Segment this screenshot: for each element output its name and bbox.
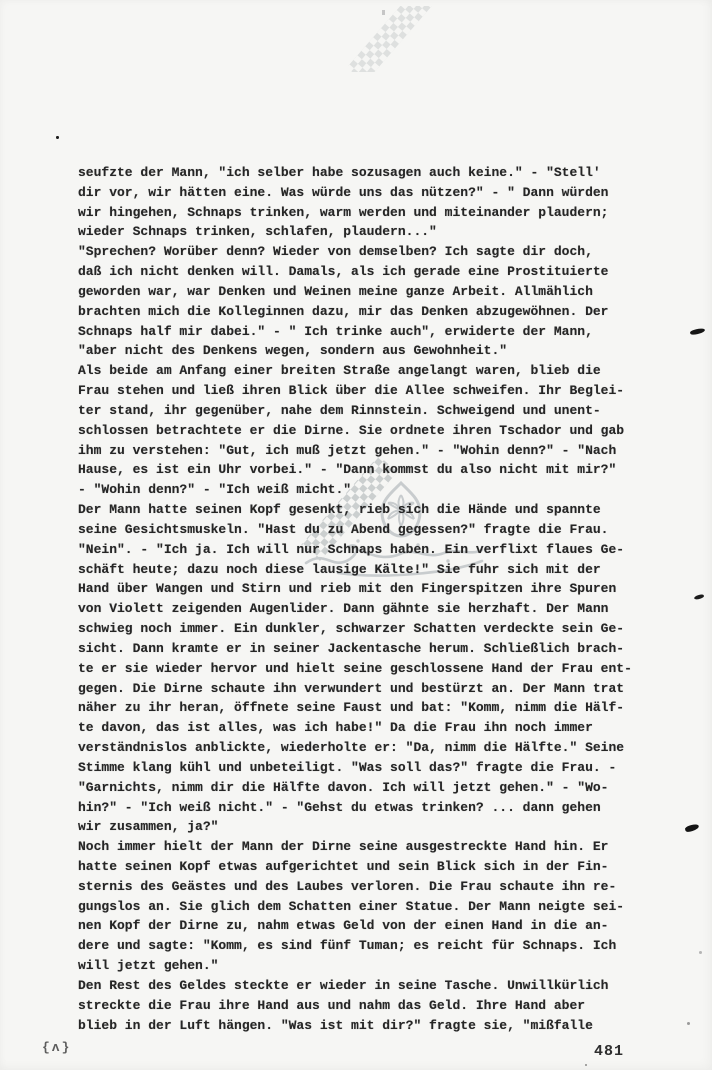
text-line: seine Gesichtsmuskeln. "Hast du zu Abend… [78, 520, 650, 540]
text-line: will jetzt gehen." [78, 956, 650, 976]
text-line: näher zu ihr heran, öffnete seine Faust … [78, 698, 650, 718]
ink-mark [684, 823, 699, 833]
text-line: Stimme klang kühl und unbeteiligt. "Was … [78, 758, 650, 778]
ink-speck [56, 136, 59, 139]
text-line: - "Wohin denn?" - "Ich weiß micht." [78, 480, 650, 500]
page-number: 481 [594, 1043, 624, 1060]
text-line: wieder Schnaps trinken, schlafen, plaude… [78, 222, 650, 242]
text-line: "aber nicht des Denkens wegen, sondern a… [78, 341, 650, 361]
ink-speck [699, 951, 702, 954]
text-line: hin?" - "Ich weiß nicht." - "Gehst du et… [78, 798, 650, 818]
ink-speck [687, 1022, 690, 1025]
text-line: verständnislos anblickte, wiederholte er… [78, 738, 650, 758]
text-line: daß ich nicht denken will. Damals, als i… [78, 262, 650, 282]
text-line: streckte die Frau ihre Hand aus und nahm… [78, 996, 650, 1016]
text-line: schlossen betrachtete er die Dirne. Sie … [78, 421, 650, 441]
text-line: seufzte der Mann, "ich selber habe sozus… [78, 163, 650, 183]
text-line: gegen. Die Dirne schaute ihn verwundert … [78, 679, 650, 699]
stamp-watermark-top-fragment-icon [348, 6, 438, 72]
text-line: sicht. Dann kramte er in seiner Jackenta… [78, 639, 650, 659]
text-line: von Violett zeigenden Augenlider. Dann g… [78, 599, 650, 619]
handwritten-annotation-mark: {ʌ} [42, 1040, 71, 1055]
text-line: "Nein". - "Ich ja. Ich will nur Schnaps … [78, 540, 650, 560]
scanned-document-page: seufzte der Mann, "ich selber habe sozus… [0, 0, 712, 1070]
ink-speck [382, 10, 385, 15]
text-line: ter stand, ihr gegenüber, nahe dem Rinns… [78, 401, 650, 421]
text-line: blieb in der Luft hängen. "Was ist mit d… [78, 1016, 650, 1036]
text-line: schäft heute; dazu noch diese lausige Kä… [78, 560, 650, 580]
text-line: wir zusammen, ja?" [78, 817, 650, 837]
text-line: Hand über Wangen und Stirn und rieb mit … [78, 579, 650, 599]
body-text: seufzte der Mann, "ich selber habe sozus… [78, 163, 650, 1035]
text-line: brachten mich die Kolleginnen dazu, mir … [78, 302, 650, 322]
text-line: Hause, es ist ein Uhr vorbei." - "Dann k… [78, 460, 650, 480]
text-line: Als beide am Anfang einer breiten Straße… [78, 361, 650, 381]
text-line: Frau stehen und ließ ihren Blick über di… [78, 381, 650, 401]
text-line: Schnaps half mir dabei." - " Ich trinke … [78, 322, 650, 342]
text-line: "Sprechen? Worüber denn? Wieder von dems… [78, 242, 650, 262]
text-line: Der Mann hatte seinen Kopf gesenkt, rieb… [78, 500, 650, 520]
text-line: te er sie wieder hervor und hielt seine … [78, 659, 650, 679]
text-line: gungslos an. Sie glich dem Schatten eine… [78, 897, 650, 917]
text-line: nen Kopf der Dirne zu, nahm etwas Geld v… [78, 916, 650, 936]
text-line: "Garnichts, nimm dir die Hälfte davon. I… [78, 778, 650, 798]
text-line: geworden war, war Denken und Weinen mein… [78, 282, 650, 302]
text-line: dir vor, wir hätten eine. Was würde uns … [78, 183, 650, 203]
ink-speck [585, 1064, 587, 1066]
ink-mark [694, 594, 705, 601]
text-line: schwieg noch immer. Ein dunkler, schwarz… [78, 619, 650, 639]
text-line: wir hingehen, Schnaps trinken, warm werd… [78, 203, 650, 223]
text-line: hatte seinen Kopf etwas aufgerichtet und… [78, 857, 650, 877]
text-line: te davon, das ist alles, was ich habe!" … [78, 718, 650, 738]
text-line: sternis des Geästes und des Laubes verlo… [78, 877, 650, 897]
text-line: Den Rest des Geldes steckte er wieder in… [78, 976, 650, 996]
ink-mark [690, 327, 706, 335]
text-line: Noch immer hielt der Mann der Dirne sein… [78, 837, 650, 857]
text-line: dere und sagte: "Komm, es sind fünf Tuma… [78, 936, 650, 956]
text-line: ihm zu verstehen: "Gut, ich muß jetzt ge… [78, 441, 650, 461]
